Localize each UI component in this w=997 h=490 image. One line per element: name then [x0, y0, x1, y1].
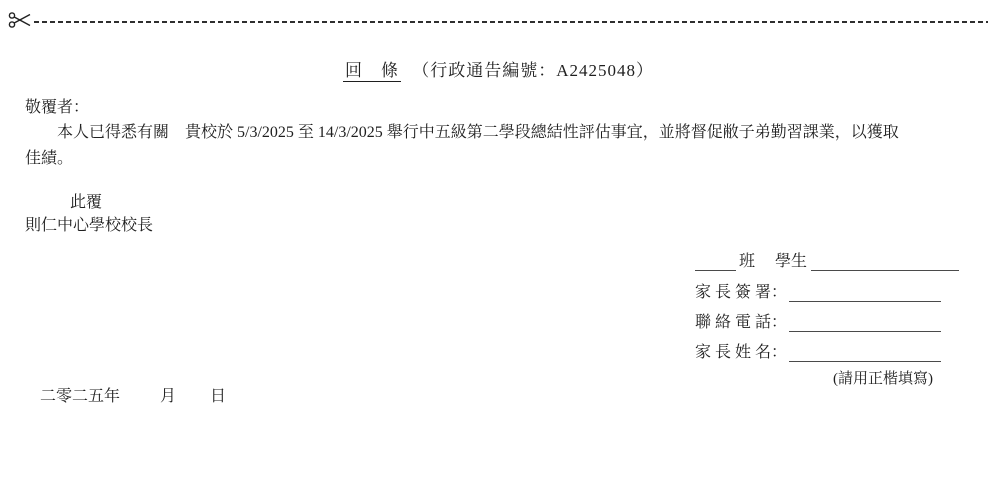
- notice-reference: （行政通告編號：A2425048）: [412, 61, 654, 80]
- student-label: 學生: [775, 253, 807, 270]
- dashed-cut-rule: [34, 21, 988, 23]
- scissors-icon: [8, 12, 32, 33]
- closing-phrase: 此覆: [70, 189, 102, 212]
- date-month: 月: [160, 388, 176, 405]
- student-name-blank: [811, 253, 959, 271]
- class-student-row: 班學生: [695, 248, 959, 271]
- parent-name-row: 家 長 姓 名：: [695, 339, 941, 362]
- title-heading: 回 條: [343, 61, 401, 82]
- body-text-line1: 本人已得悉有關 貴校於 5/3/2025 至 14/3/2025 舉行中五級第二…: [57, 119, 899, 142]
- parent-name-blank: [789, 344, 941, 362]
- contact-phone-row: 聯 絡 電 話：: [695, 309, 941, 332]
- class-label: 班: [739, 253, 755, 270]
- cut-here-line: [8, 13, 988, 31]
- addressee-principal: 則仁中心學校校長: [25, 212, 153, 235]
- contact-phone-blank: [789, 314, 941, 332]
- date-day: 日: [210, 388, 226, 405]
- body-text-line2: 佳績。: [25, 145, 73, 168]
- block-letters-note: (請用正楷填寫): [806, 367, 960, 388]
- parent-signature-row: 家 長 簽 署：: [695, 279, 941, 302]
- class-field-blank: [695, 253, 736, 271]
- document-title: 回 條 （行政通告編號：A2425048）: [0, 56, 997, 81]
- parent-signature-blank: [789, 284, 941, 302]
- salutation: 敬覆者：: [25, 94, 89, 117]
- parent-name-label: 家 長 姓 名：: [695, 344, 787, 361]
- reply-slip-page: 回 條 （行政通告編號：A2425048） 敬覆者： 本人已得悉有關 貴校於 5…: [0, 0, 997, 490]
- date-line: 二零二五年月日: [40, 383, 226, 406]
- parent-signature-label: 家 長 簽 署：: [695, 284, 787, 301]
- date-year: 二零二五年: [40, 388, 120, 405]
- contact-phone-label: 聯 絡 電 話：: [695, 314, 787, 331]
